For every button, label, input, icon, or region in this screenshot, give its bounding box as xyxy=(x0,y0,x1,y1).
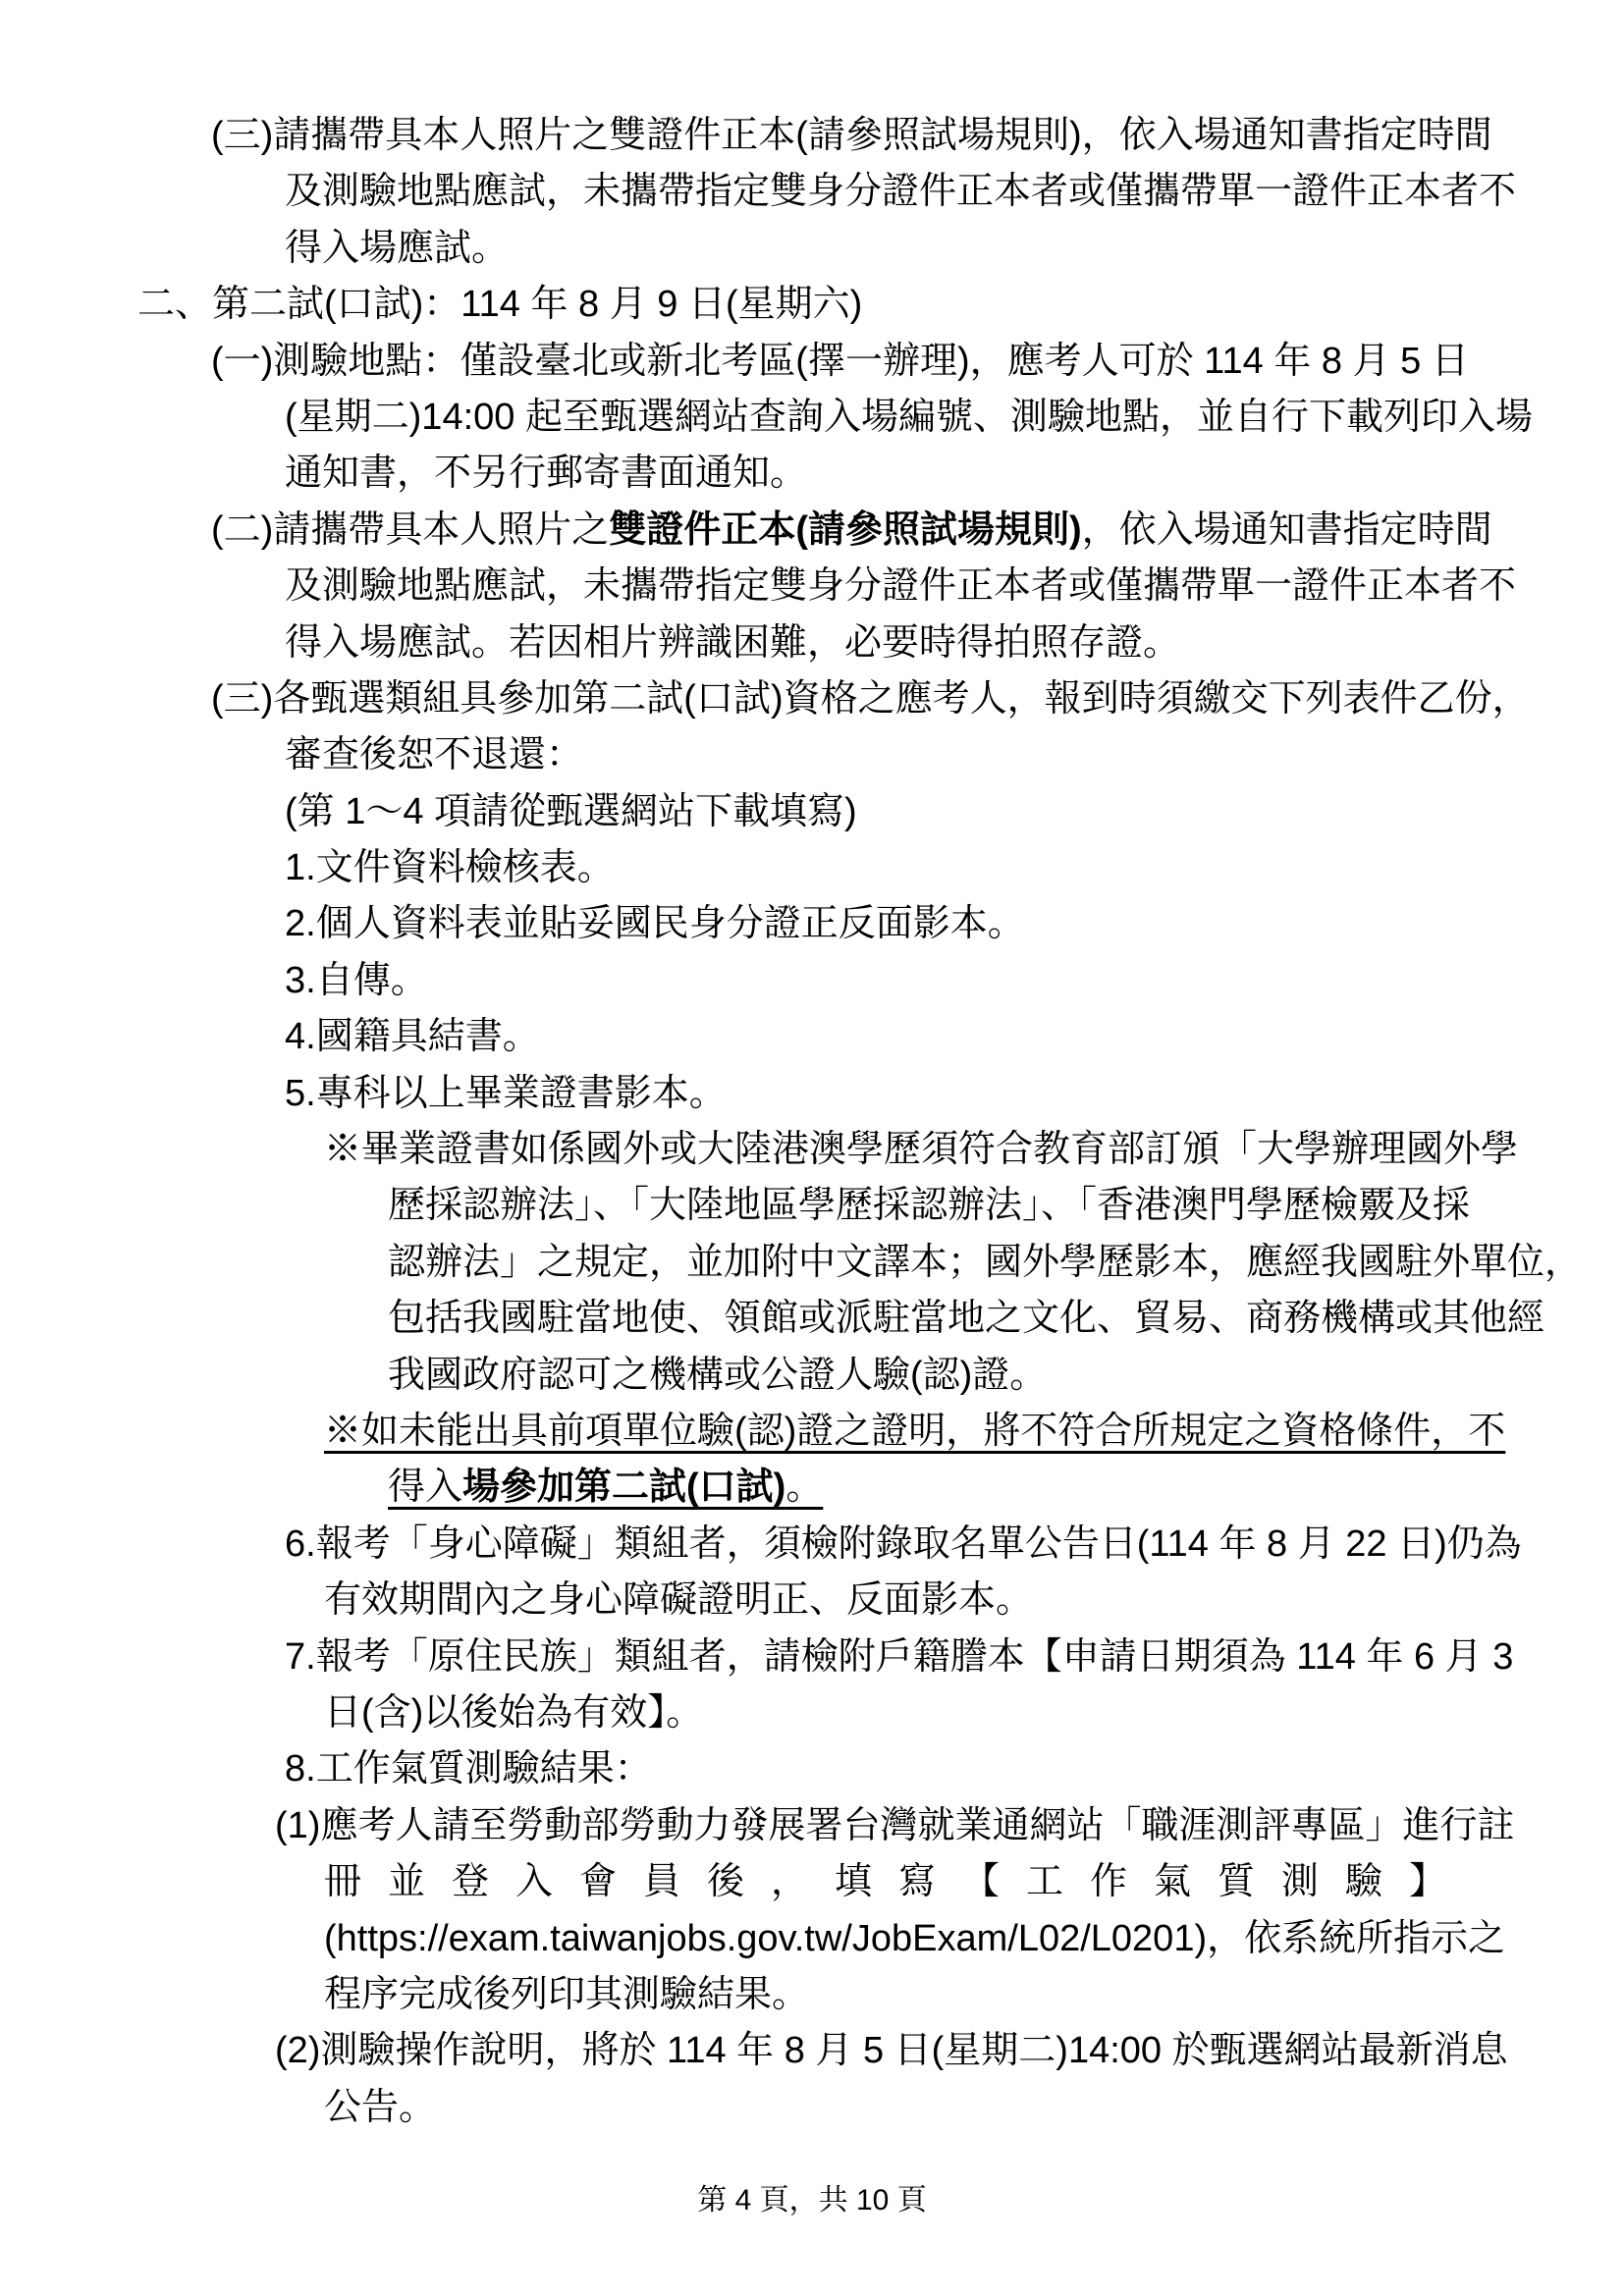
text-run: (星期二)14:00 起至甄選網站查詢入場編號、測驗地點，並自行下載列印入場 xyxy=(285,397,1533,438)
text-run: 通知書，不另行郵寄書面通知。 xyxy=(285,453,807,494)
text-line: (二)請攜帶具本人照片之雙證件正本(請參照試場規則)，依入場通知書指定時間 xyxy=(211,503,1496,559)
text-line: (三)請攜帶具本人照片之雙證件正本(請參照試場規則)，依入場通知書指定時間 xyxy=(211,108,1496,164)
text-run: 認辦法」之規定，並加附中文譯本；國外學歷影本，應經我國駐外單位， xyxy=(388,1242,1582,1283)
text-line: 包括我國駐當地使、領館或派駐當地之文化、貿易、商務機構或其他經 xyxy=(388,1291,1496,1347)
text-run: 及測驗地點應試，未攜帶指定雙身分證件正本者或僅攜帶單一證件正本者不 xyxy=(285,565,1516,607)
text-run: 包括我國駐當地使、領館或派駐當地之文化、貿易、商務機構或其他經 xyxy=(388,1298,1544,1339)
text-run: 程序完成後列印其測驗結果。 xyxy=(324,1974,809,2015)
text-run: 8.工作氣質測驗結果： xyxy=(285,1748,652,1789)
text-run: 我國政府認可之機構或公證人驗(認)證。 xyxy=(388,1355,1047,1396)
text-line: 7.報考「原住民族」類組者，請檢附戶籍謄本【申請日期須為 114 年 6 月 3 xyxy=(285,1629,1496,1685)
text-line: ※畢業證書如係國外或大陸港澳學歷須符合教育部訂頒「大學辦理國外學 xyxy=(324,1122,1496,1178)
text-run: 。 xyxy=(785,1467,823,1508)
text-run: (1)應考人請至勞動部勞動力發展署台灣就業通網站「職涯測評專區」進行註 xyxy=(275,1805,1514,1846)
text-line: (1)應考人請至勞動部勞動力發展署台灣就業通網站「職涯測評專區」進行註 xyxy=(275,1798,1496,1854)
text-line: 得入場應試。若因相片辨識困難，必要時得拍照存證。 xyxy=(285,615,1496,671)
text-run: ※畢業證書如係國外或大陸港澳學歷須符合教育部訂頒「大學辦理國外學 xyxy=(324,1129,1518,1170)
text-line: 歷採認辦法」、「大陸地區學歷採認辦法」、「香港澳門學歷檢覈及採 xyxy=(388,1178,1496,1234)
text-line: 得入場應試。 xyxy=(285,221,1496,277)
text-line: (2)測驗操作說明，將於 114 年 8 月 5 日(星期二)14:00 於甄選… xyxy=(275,2023,1496,2079)
text-run: 3.自傳。 xyxy=(285,960,428,1001)
text-line: 程序完成後列印其測驗結果。 xyxy=(324,1967,1496,2023)
text-run: 日(含)以後始為有效】。 xyxy=(324,1692,703,1734)
text-line: 1.文件資料檢核表。 xyxy=(285,840,1496,896)
document-page: { "document": { "lines": [ { "indent": "… xyxy=(0,0,1624,2296)
text-line: (星期二)14:00 起至甄選網站查詢入場編號、測驗地點，並自行下載列印入場 xyxy=(285,390,1496,446)
text-line: 審查後恕不退還： xyxy=(285,727,1496,783)
text-line: 認辦法」之規定，並加附中文譯本；國外學歷影本，應經我國駐外單位， xyxy=(388,1235,1496,1291)
text-run: 審查後恕不退還： xyxy=(285,734,583,775)
text-line: 得入場參加第二試(口試)。 xyxy=(388,1460,1496,1516)
text-line: 2.個人資料表並貼妥國民身分證正反面影本。 xyxy=(285,896,1496,952)
text-line: (一)測驗地點：僅設臺北或新北考區(擇一辦理)，應考人可於 114 年 8 月 … xyxy=(211,334,1496,390)
text-run: (一)測驗地點：僅設臺北或新北考區(擇一辦理)，應考人可於 114 年 8 月 … xyxy=(211,341,1469,382)
text-run: 得入場應試。若因相片辨識困難，必要時得拍照存證。 xyxy=(285,622,1180,664)
text-line: 3.自傳。 xyxy=(285,953,1496,1009)
text-run: 二、第二試(口試)：114 年 8 月 9 日(星期六) xyxy=(137,284,862,325)
text-line: 4.國籍具結書。 xyxy=(285,1009,1496,1065)
text-line: 6.報考「身心障礙」類組者，須檢附錄取名單公告日(114 年 8 月 22 日)… xyxy=(285,1517,1496,1573)
text-run: 2.個人資料表並貼妥國民身分證正反面影本。 xyxy=(285,903,1025,944)
text-line: 通知書，不另行郵寄書面通知。 xyxy=(285,446,1496,502)
text-run: 場參加第二試(口試) xyxy=(462,1467,785,1508)
text-run: (2)測驗操作說明，將於 114 年 8 月 5 日(星期二)14:00 於甄選… xyxy=(275,2030,1508,2071)
text-run: 得入場應試。 xyxy=(285,228,509,269)
text-line: 有效期間內之身心障礙證明正、反面影本。 xyxy=(324,1573,1496,1629)
text-run: 5.專科以上畢業證書影本。 xyxy=(285,1073,727,1114)
text-run: 7.報考「原住民族」類組者，請檢附戶籍謄本【申請日期須為 114 年 6 月 3 xyxy=(285,1636,1513,1678)
text-run: 6.報考「身心障礙」類組者，須檢附錄取名單公告日(114 年 8 月 22 日)… xyxy=(285,1523,1522,1565)
text-run: (二)請攜帶具本人照片之 xyxy=(211,509,609,551)
text-line: 5.專科以上畢業證書影本。 xyxy=(285,1066,1496,1122)
text-run: 4.國籍具結書。 xyxy=(285,1016,540,1057)
text-run: (三)各甄選類組具參加第二試(口試)資格之應考人，報到時須繳交下列表件乙份， xyxy=(211,678,1530,720)
text-line: 二、第二試(口試)：114 年 8 月 9 日(星期六) xyxy=(137,277,1496,333)
page-footer: 第 4 頁，共 10 頁 xyxy=(0,2181,1624,2220)
text-run: 1.文件資料檢核表。 xyxy=(285,847,615,888)
text-line: 公告。 xyxy=(324,2080,1496,2136)
text-run: 雙證件正本(請參照試場規則) xyxy=(609,509,1081,551)
text-line: 8.工作氣質測驗結果： xyxy=(285,1741,1496,1797)
text-line: 及測驗地點應試，未攜帶指定雙身分證件正本者或僅攜帶單一證件正本者不 xyxy=(285,164,1496,220)
text-line: ※如未能出具前項單位驗(認)證之證明，將不符合所規定之資格條件，不 xyxy=(324,1404,1496,1460)
document-body: (三)請攜帶具本人照片之雙證件正本(請參照試場規則)，依入場通知書指定時間及測驗… xyxy=(137,108,1496,2136)
text-line: 日(含)以後始為有效】。 xyxy=(324,1685,1496,1741)
text-run: 得入 xyxy=(388,1467,462,1508)
text-line: (https://exam.taiwanjobs.gov.tw/JobExam/… xyxy=(324,1911,1496,1967)
text-line: 我國政府認可之機構或公證人驗(認)證。 xyxy=(388,1348,1496,1404)
text-run: 冊並登入會員後，填寫【工作氣質測驗】 xyxy=(324,1861,1473,1902)
text-run: (https://exam.taiwanjobs.gov.tw/JobExam/… xyxy=(324,1918,1505,1959)
text-run: (三)請攜帶具本人照片之雙證件正本(請參照試場規則)，依入場通知書指定時間 xyxy=(211,115,1492,156)
text-run: 有效期間內之身心障礙證明正、反面影本。 xyxy=(324,1579,1033,1621)
text-run: ，依入場通知書指定時間 xyxy=(1082,509,1492,551)
text-line: (第 1～4 項請從甄選網站下載填寫) xyxy=(285,784,1496,840)
text-run: 歷採認辦法」、「大陸地區學歷採認辦法」、「香港澳門學歷檢覈及採 xyxy=(388,1185,1470,1226)
text-line: 冊並登入會員後，填寫【工作氣質測驗】 xyxy=(324,1854,1496,1910)
text-run: (第 1～4 項請從甄選網站下載填寫) xyxy=(285,791,857,832)
text-run: 及測驗地點應試，未攜帶指定雙身分證件正本者或僅攜帶單一證件正本者不 xyxy=(285,171,1516,212)
text-run: ※如未能出具前項單位驗(認)證之證明，將不符合所規定之資格條件，不 xyxy=(324,1411,1505,1452)
text-line: 及測驗地點應試，未攜帶指定雙身分證件正本者或僅攜帶單一證件正本者不 xyxy=(285,559,1496,614)
text-line: (三)各甄選類組具參加第二試(口試)資格之應考人，報到時須繳交下列表件乙份， xyxy=(211,671,1496,727)
text-run: 公告。 xyxy=(324,2087,436,2128)
